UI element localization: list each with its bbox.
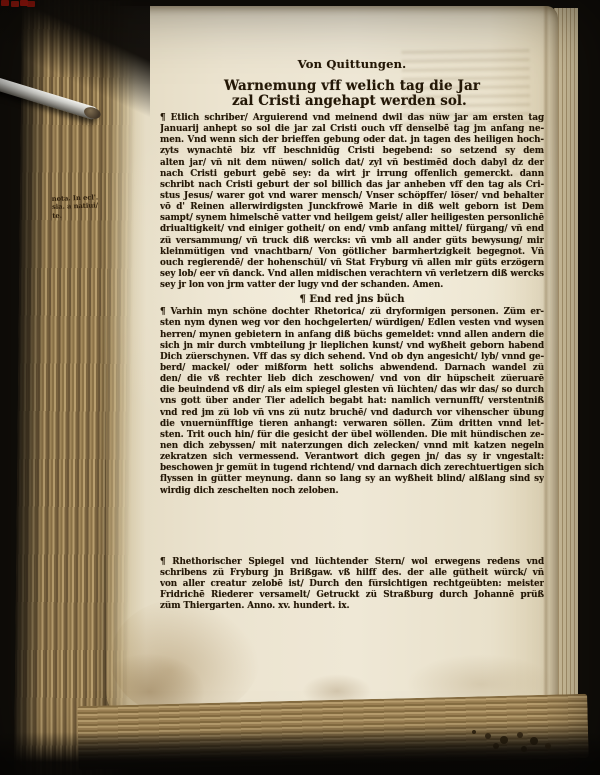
paragraph-2: ¶ Varhin myn schöne dochter Rhetorica/ z… [160, 307, 544, 496]
text-line: vō d' Reinen allerwirdigsten Junckfrowē … [160, 202, 544, 213]
text-line: sey jr lon von jrm vatter der lugy vnd d… [160, 280, 544, 291]
margin-note: nota. In ecl'.sia. a natiui/te. [52, 193, 111, 220]
bottom-shadow [0, 732, 600, 775]
text-line: schribt nach Cristi geburt der sol billi… [160, 180, 544, 191]
text-line: von aller creatur zelobē ist/ Durch den … [160, 579, 544, 590]
text-line: schribens zü Fryburg jn Brißgaw. vß hilf… [160, 568, 544, 579]
text-line: sten nym dynen weg vor den hochgelerten/… [160, 318, 544, 329]
text-line: wirdig dich zeschelten noch zeloben. [160, 486, 544, 497]
text-line: beschowen jr gemüt in tugend richtend/ v… [160, 463, 544, 474]
text-line: vnd red jm zü lob vñ vns zü nutz bruchē/… [160, 408, 544, 419]
chapter-heading-line1: Warnemung vff welich tag die Jar [160, 79, 544, 94]
text-line: vns gott über ander Tier adelich begabt … [160, 396, 544, 407]
text-line: berd/ mackel/ oder mißform hett solichs … [160, 363, 544, 374]
book-scan-photo: Von Quittungen. Warnemung vff welich tag… [0, 0, 600, 775]
text-line: ¶ Etlich schriber/ Arguierend vnd meinen… [160, 113, 544, 124]
book-page: Von Quittungen. Warnemung vff welich tag… [106, 6, 558, 722]
text-line: alten jar/ vñ nit dem nüwen/ solich dat/… [160, 158, 544, 169]
text-line: zü versammung/ vñ truck diß wercks: vñ v… [160, 236, 544, 247]
colophon: ¶ Rhethorischer Spiegel vnd lüchtender S… [160, 557, 544, 613]
text-block: Von Quittungen. Warnemung vff welich tag… [160, 52, 544, 612]
text-line: die beuindend vß dir/ als eim spiegel gl… [160, 385, 544, 396]
text-line: Dich züerschynen. Vff das sy dich sehend… [160, 352, 544, 363]
text-line: ¶ Varhin myn schöne dochter Rhetorica/ z… [160, 307, 544, 318]
text-line: driualtigkeit/ vnd einiger gotheit/ on e… [160, 224, 544, 235]
red-ink-mark [1, 0, 9, 6]
text-line: züm Thiergarten. Anno. xv. hundert. ix. [160, 601, 544, 612]
text-line: sampt/ synem himelschē vatter vnd heilge… [160, 213, 544, 224]
text-line: sich jn mir durch vmbteilung jr lieplich… [160, 341, 544, 352]
text-line: stus Jesus/ warer got vnd warer mensch/ … [160, 191, 544, 202]
text-line: den/ die vß rechter lieb dich zeschowen/… [160, 374, 544, 385]
text-line: Fridrichē Riederer versamelt/ Getruckt z… [160, 590, 544, 601]
chapter-heading-line2: zal Cristi angehapt werden sol. [160, 94, 544, 109]
text-line: men. Vnd wenn sich der brieffen gebung o… [160, 135, 544, 146]
text-line: sey lob/ eer vñ danck. Vnd allen midisch… [160, 269, 544, 280]
text-line: die vnuernünfftige tieren anhangt: verwa… [160, 419, 544, 430]
paragraph-1: ¶ Etlich schriber/ Arguierend vnd meinen… [160, 113, 544, 291]
text-line: zekratzen sich vermessend. Verantwort di… [160, 452, 544, 463]
text-line: Januarij anhept so sol die jar zal Crist… [160, 124, 544, 135]
text-line: kleinmütigen vnd vnachtbarn/ Von götlich… [160, 247, 544, 258]
text-line: zyts wynachtē biz vff beschnidūg Cristi … [160, 146, 544, 157]
text-line: nen dich zebyssen/ mit naterzungen dich … [160, 441, 544, 452]
text-line: sten. Trit ouch hin/ für die gesicht der… [160, 430, 544, 441]
running-header: Von Quittungen. [160, 58, 544, 71]
text-line: flyssen in gütter meynung. dann so lang … [160, 474, 544, 485]
text-line: ouch regierendē/ der hohenschül/ vñ Stat… [160, 258, 544, 269]
section-divider: ¶ End red jns büch [160, 294, 544, 305]
text-line: ¶ Rhethorischer Spiegel vnd lüchtender S… [160, 557, 544, 568]
text-line: nach Cristi geburt gebē sey: da wirt jr … [160, 169, 544, 180]
text-line: herren/ mynen gebietern in anfang diß bü… [160, 330, 544, 341]
